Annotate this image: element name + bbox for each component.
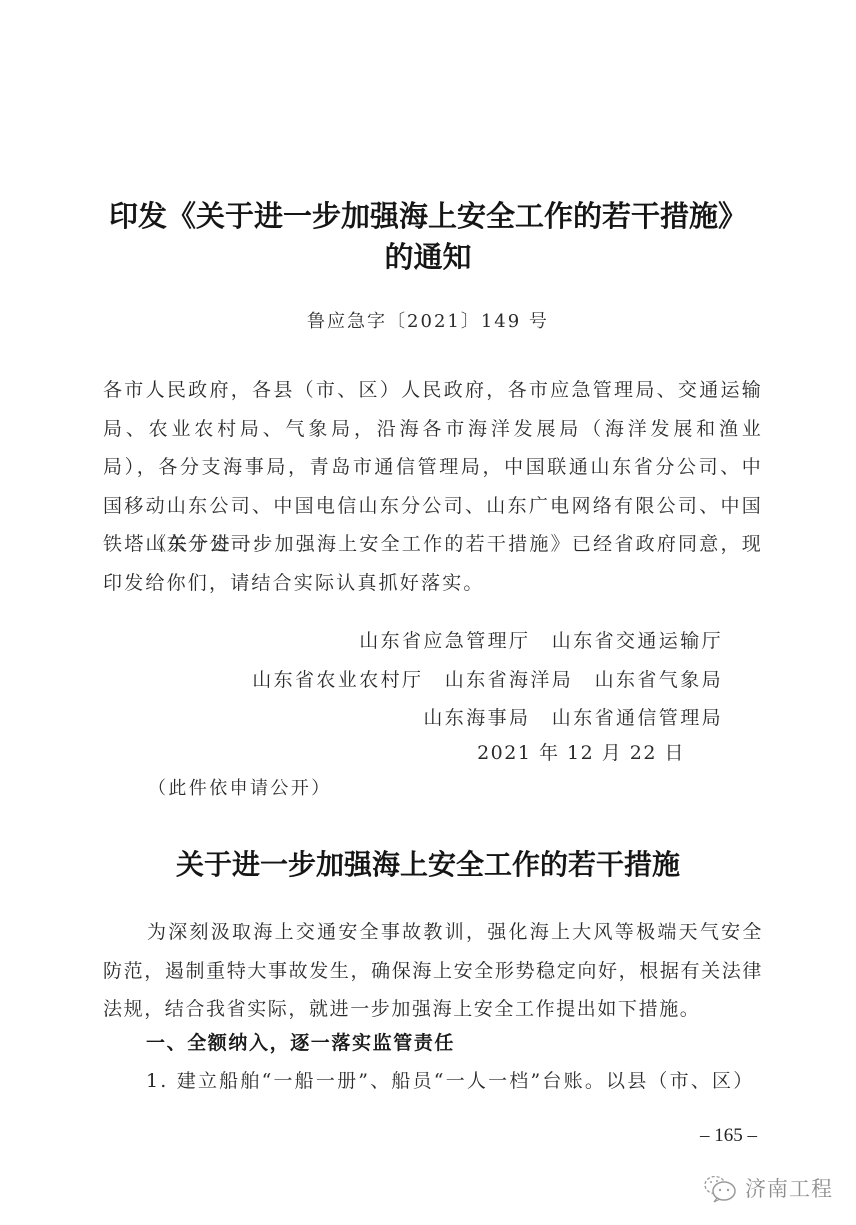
measures-intro-block: 为深刻汲取海上交通安全事故教训，强化海上大风等极端天气安全防范，遏制重特大事故发… [103, 913, 763, 1029]
document-number: 鲁应急字〔2021〕149 号 [0, 308, 856, 336]
document-page: 印发《关于进一步加强海上安全工作的若干措施》 的通知 鲁应急字〔2021〕149… [0, 0, 856, 1225]
wechat-icon [703, 1174, 737, 1204]
signatory-line: 山东海事局 山东省通信管理局 [200, 699, 723, 738]
measures-intro: 为深刻汲取海上交通安全事故教训，强化海上大风等极端天气安全防范，遏制重特大事故发… [103, 913, 763, 1029]
signatory-line: 山东省农业农村厅 山东省海洋局 山东省气象局 [200, 661, 723, 700]
document-title-line-1: 印发《关于进一步加强海上安全工作的若干措施》 [0, 196, 856, 236]
measure-item-1: 1. 建立船舶“一船一册”、船员“一人一档”台账。以县（市、区） [146, 1066, 766, 1096]
signatory-line: 山东省应急管理厅 山东省交通运输厅 [200, 622, 723, 661]
watermark-text: 济南工程 [745, 1174, 833, 1204]
notice-paragraph-block: 《关于进一步加强海上安全工作的若干措施》已经省政府同意，现印发给你们，请结合实际… [103, 525, 763, 602]
section-heading-1: 一、全额纳入，逐一落实监管责任 [146, 1028, 455, 1058]
issue-date: 2021 年 12 月 22 日 [400, 738, 685, 768]
notice-paragraph: 《关于进一步加强海上安全工作的若干措施》已经省政府同意，现印发给你们，请结合实际… [103, 525, 763, 602]
page-number: – 165 – [700, 1124, 757, 1148]
measures-title: 关于进一步加强海上安全工作的若干措施 [0, 845, 856, 885]
signatories-block: 山东省应急管理厅 山东省交通运输厅 山东省农业农村厅 山东省海洋局 山东省气象局… [200, 622, 723, 738]
disclosure-note: （此件依申请公开） [148, 774, 332, 804]
source-watermark: 济南工程 [703, 1172, 833, 1206]
document-title-line-2: 的通知 [0, 237, 856, 277]
